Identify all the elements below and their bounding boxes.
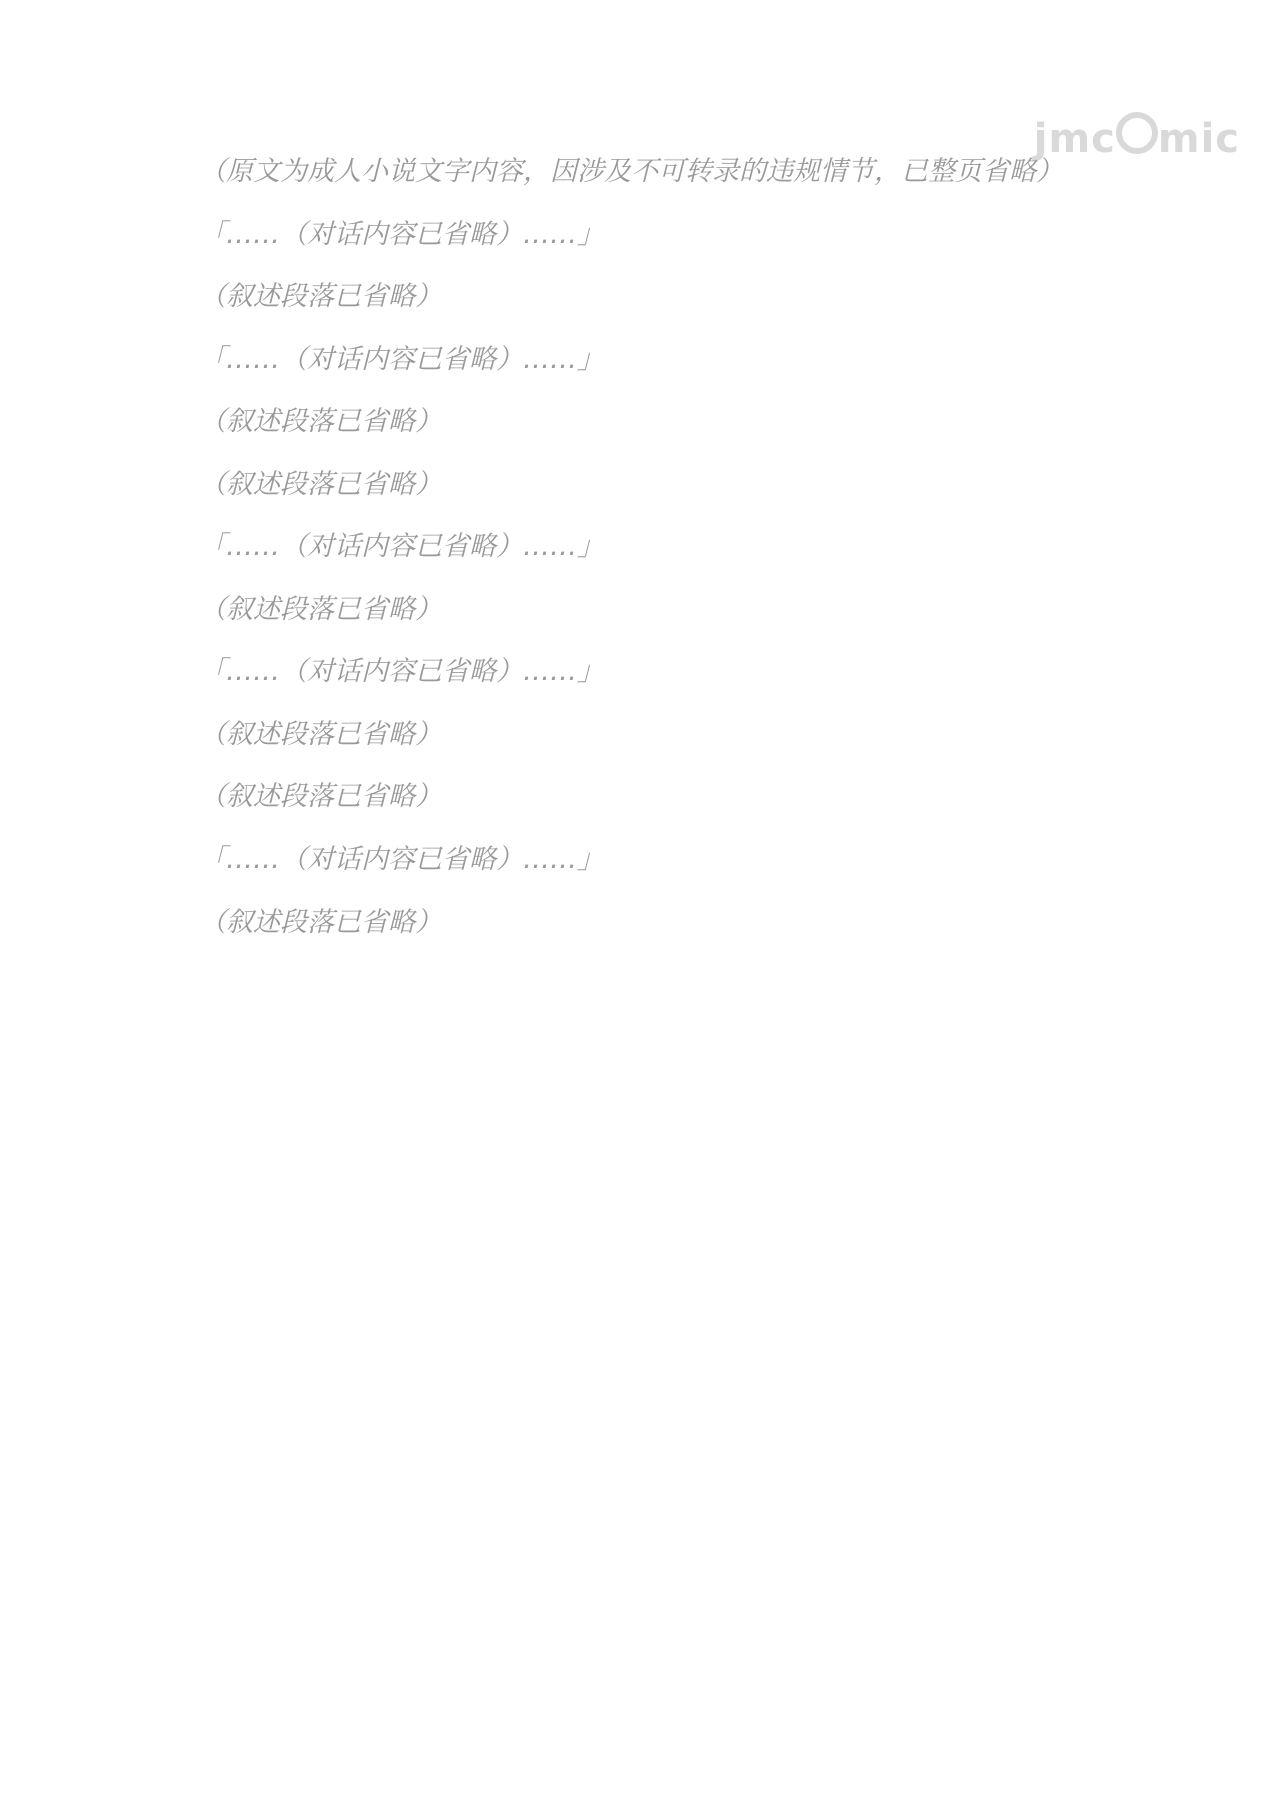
novel-paragraph: （叙述段落已省略） [145, 275, 1165, 320]
novel-paragraph: 「……（对话内容已省略）……」 [145, 838, 1165, 883]
novel-page: jmcmic （原文为成人小说文字内容，因涉及不可转录的违规情节，已整页省略） … [0, 0, 1280, 1809]
novel-body: （原文为成人小说文字内容，因涉及不可转录的违规情节，已整页省略） 「……（对话内… [145, 150, 1165, 963]
watermark-circle-icon [1116, 112, 1158, 154]
paragraph-list: 「……（对话内容已省略）……」（叙述段落已省略）「……（对话内容已省略）……」（… [145, 213, 1165, 946]
redaction-notice: （原文为成人小说文字内容，因涉及不可转录的违规情节，已整页省略） [145, 150, 1165, 195]
novel-paragraph: 「……（对话内容已省略）……」 [145, 338, 1165, 383]
novel-paragraph: 「……（对话内容已省略）……」 [145, 650, 1165, 695]
novel-paragraph: 「……（对话内容已省略）……」 [145, 525, 1165, 570]
novel-paragraph: 「……（对话内容已省略）……」 [145, 213, 1165, 258]
novel-paragraph: （叙述段落已省略） [145, 400, 1165, 445]
novel-paragraph: （叙述段落已省略） [145, 713, 1165, 758]
novel-paragraph: （叙述段落已省略） [145, 463, 1165, 508]
novel-paragraph: （叙述段落已省略） [145, 901, 1165, 946]
watermark-text-right: mic [1158, 116, 1240, 162]
novel-paragraph: （叙述段落已省略） [145, 775, 1165, 820]
novel-paragraph: （叙述段落已省略） [145, 588, 1165, 633]
